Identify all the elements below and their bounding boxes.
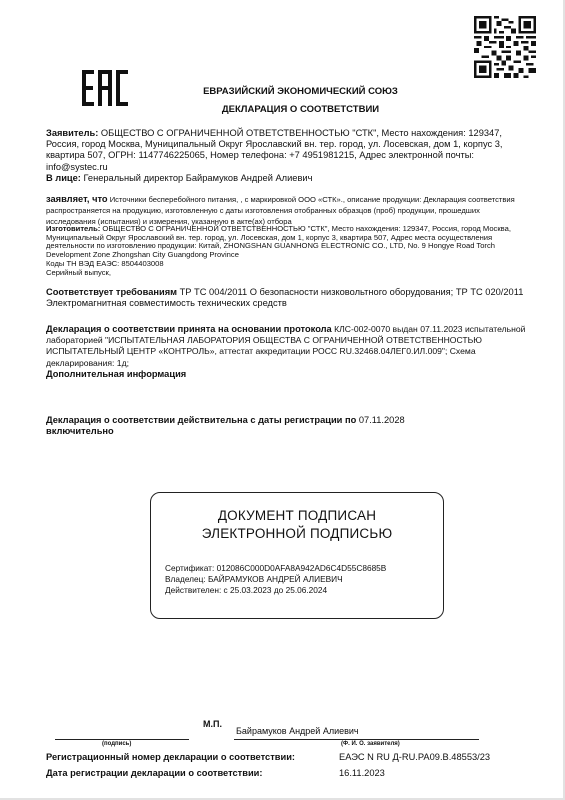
validity-section: Декларация о соответствии действительна …	[46, 415, 531, 437]
electronic-signature-stamp: ДОКУМЕНТ ПОДПИСАН ЭЛЕКТРОННОЙ ПОДПИСЬЮ С…	[150, 492, 444, 619]
manufacturer-section: Изготовитель: ОБЩЕСТВО С ОГРАНИЧЕННОЙ ОТ…	[46, 225, 531, 277]
signature-details: Сертификат: 012086C000D0AFA8A942AD6C4D55…	[165, 563, 386, 595]
reg-number: ЕАЭС N RU Д-RU.PA09.B.48553/23	[339, 752, 490, 762]
additional-info-label: Дополнительная информация	[46, 369, 186, 379]
declares-label: заявляет, что	[46, 194, 108, 204]
seal-place-label: М.П.	[203, 719, 222, 729]
qr-code-icon	[474, 16, 536, 78]
declares-section: заявляет, что Источники бесперебойного п…	[46, 194, 531, 228]
signature-title-line1: ДОКУМЕНТ ПОДПИСАН	[151, 507, 443, 525]
certificate-number: Сертификат: 012086C000D0AFA8A942AD6C4D55…	[165, 563, 386, 574]
signature-caption: (подпись)	[102, 741, 131, 747]
manufacturer-label: Изготовитель:	[46, 224, 100, 233]
basis-label: Декларация о соответствии принята на осн…	[46, 324, 332, 334]
certificate-owner: Владелец: БАЙРАМУКОВ АНДРЕЙ АЛИЕВИЧ	[165, 574, 386, 585]
declares-text: Источники бесперебойного питания, , с ма…	[46, 195, 515, 226]
name-caption: (Ф. И. О. заявителя)	[341, 741, 400, 747]
person-text: Генеральный директор Байрамуков Андрей А…	[81, 173, 313, 183]
name-line	[234, 739, 479, 740]
applicant-text: ОБЩЕСТВО С ОГРАНИЧЕННОЙ ОТВЕТСТВЕННОСТЬЮ…	[46, 128, 503, 172]
reg-date: 16.11.2023	[339, 768, 385, 778]
signature-title-line2: ЭЛЕКТРОННОЙ ПОДПИСЬЮ	[151, 525, 443, 543]
hs-codes: Коды ТН ВЭД ЕАЭС: 8504403008	[46, 259, 164, 268]
signature-line	[55, 739, 189, 740]
manufacturer-text: ОБЩЕСТВО С ОГРАНИЧЕННОЙ ОТВЕТСТВЕННОСТЬЮ…	[46, 224, 511, 259]
requirements-section: Соответствует требованиям ТР ТС 004/2011…	[46, 287, 531, 309]
requirements-label: Соответствует требованиям	[46, 287, 177, 297]
person-label: В лице:	[46, 173, 81, 183]
union-heading: ЕВРАЗИЙСКИЙ ЭКОНОМИЧЕСКИЙ СОЮЗ	[0, 86, 565, 97]
basis-section: Декларация о соответствии принята на осн…	[46, 324, 531, 380]
validity-date: 07.11.2028	[356, 415, 404, 425]
validity-label: Декларация о соответствии действительна …	[46, 415, 356, 425]
signature-stamp-title: ДОКУМЕНТ ПОДПИСАН ЭЛЕКТРОННОЙ ПОДПИСЬЮ	[151, 507, 443, 543]
signer-name: Байрамуков Андрей Алиевич	[236, 726, 359, 736]
validity-suffix: включительно	[46, 426, 114, 436]
applicant-section: Заявитель: ОБЩЕСТВО С ОГРАНИЧЕННОЙ ОТВЕТ…	[46, 128, 531, 184]
document-page: ЕВРАЗИЙСКИЙ ЭКОНОМИЧЕСКИЙ СОЮЗ ДЕКЛАРАЦИ…	[0, 0, 565, 800]
applicant-label: Заявитель:	[46, 128, 98, 138]
certificate-validity: Действителен: с 25.03.2023 до 25.06.2024	[165, 585, 386, 596]
serial-release: Серийный выпуск,	[46, 268, 111, 277]
document-title: ДЕКЛАРАЦИЯ О СООТВЕТСТВИИ	[0, 104, 565, 115]
reg-number-label: Регистрационный номер декларации о соотв…	[46, 752, 295, 762]
reg-date-label: Дата регистрации декларации о соответств…	[46, 768, 262, 778]
